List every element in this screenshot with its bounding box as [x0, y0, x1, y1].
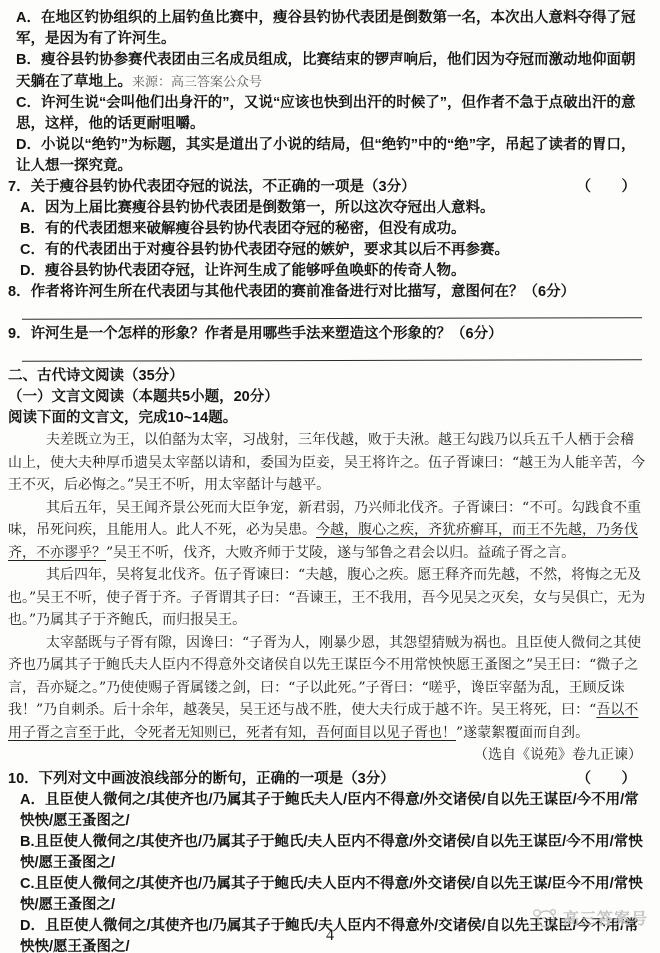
- exam-page: A．在地区钓协组织的上届钓鱼比赛中，瘦谷县钓协代表团是倒数第一名，本次出人意料夺…: [0, 0, 660, 953]
- option-label: C．: [16, 95, 41, 111]
- passage-paragraph-4: 太宰嚭既与子胥有隙，因谗曰：“子胥为人，刚暴少恩，其怨望猜贼为祸也。且臣使人微伺…: [8, 632, 646, 745]
- option-text: 小说以“绝钓”为标题，其实是道出了小说的结局，但“绝钓”中的“绝”字，吊起了读者…: [16, 137, 635, 174]
- option-text: 有的代表团出于对瘦谷县钓协代表团夺冠的嫉妒，要求其以后不再参赛。: [45, 242, 509, 258]
- option-row: A．在地区钓协组织的上届钓鱼比赛中，瘦谷县钓协代表团是倒数第一名，本次出人意料夺…: [16, 8, 646, 50]
- option-text: 瘦谷县钓协参赛代表团由三名成员组成，比赛结束的锣声响后，他们因为夺冠而激动地仰面…: [16, 52, 635, 90]
- option-row: B.且臣使人微伺之/其使齐也/乃属其子于鲍氏/夫人臣内不得意/外交诸侯/自以先王…: [20, 832, 646, 874]
- option-label: B.: [20, 834, 35, 850]
- option-text: 且臣使人微伺之/其使齐也/乃属其子于鲍氏夫人/臣内不得意/外交诸侯/自以先王谋臣…: [20, 792, 639, 829]
- question-9-stem: 9．许河生是一个怎样的形象？作者是用哪些手法来塑造这个形象的？（6分）: [8, 324, 646, 345]
- option-label: C.: [20, 876, 35, 892]
- option-row: D．瘦谷县钓协代表团夺冠，让许河生成了能够呼鱼唤虾的传奇人物。: [20, 261, 646, 282]
- question-7-options: A．因为上届比赛瘦谷县钓协代表团是倒数第一，所以这次夺冠出人意料。 B．有的代表…: [8, 198, 646, 282]
- option-label: A．: [16, 10, 41, 26]
- option-row: A．且臣使人微伺之/其使齐也/乃属其子于鲍氏夫人/臣内不得意/外交诸侯/自以先王…: [20, 790, 646, 832]
- option-text: 因为上届比赛瘦谷县钓协代表团是倒数第一，所以这次夺冠出人意料。: [45, 200, 495, 216]
- option-label: B．: [16, 52, 41, 68]
- question-7: （ ）7．关于瘦谷县钓协代表团夺冠的说法，不正确的一项是（3分） A．因为上届比…: [8, 177, 646, 282]
- answer-bracket: （ ）: [577, 177, 647, 198]
- option-row: D．小说以“绝钓”为标题，其实是道出了小说的结局，但“绝钓”中的“绝”字，吊起了…: [16, 135, 646, 177]
- passage-source: （选自《说苑》卷九正谏）: [8, 744, 646, 767]
- inline-watermark: 来源：高三答案公众号: [132, 74, 262, 89]
- option-row: A．因为上届比赛瘦谷县钓协代表团是倒数第一，所以这次夺冠出人意料。: [20, 198, 646, 219]
- passage-paragraph-2: 其后五年，吴王闻齐景公死而大臣争宠，新君弱，乃兴师北伐齐。子胥谏曰：“不可。勾践…: [8, 497, 646, 565]
- option-row: C．有的代表团出于对瘦谷县钓协代表团夺冠的嫉妒，要求其以后不再参赛。: [20, 240, 646, 261]
- passage-paragraph-3: 其后四年，吴将复北伐齐。伍子胥谏曰：“夫越，腹心之疾。愿王释齐而先越，不然，将悔…: [8, 564, 646, 632]
- section-heading: 二、古代诗文阅读（35分）: [8, 366, 646, 387]
- watermark-doodle-icon: [528, 907, 558, 929]
- answer-line: [22, 359, 642, 362]
- section-intro: 阅读下面的文言文，完成10~14题。: [8, 408, 646, 429]
- section-subheading: （一）文言文阅读（本题共5小题，20分）: [8, 387, 646, 408]
- option-label: D．: [16, 137, 41, 153]
- option-text: 瘦谷县钓协代表团夺冠，让许河生成了能够呼鱼唤虾的传奇人物。: [45, 263, 466, 279]
- question-10-stem: （ ）10．下列对文中画波浪线部分的断句，正确的一项是（3分）: [8, 769, 646, 790]
- option-text: 许河生说“会叫他们出身汗的”，又说“应该也快到出汗的时候了”，但作者不急于点破出…: [16, 95, 635, 132]
- option-label: B．: [20, 221, 45, 237]
- option-label: A．: [20, 200, 45, 216]
- passage-paragraph-1: 夫差既立为王，以伯嚭为太宰，习战射，三年伐越，败于夫湫。越王勾践乃以兵五千人栖于…: [8, 429, 646, 497]
- option-row: B．瘦谷县钓协参赛代表团由三名成员组成，比赛结束的锣声响后，他们因为夺冠而激动地…: [16, 50, 646, 93]
- passage-text: 太宰嚭既与子胥有隙，因谗曰：“子胥为人，刚暴少恩，其怨望猜贼为祸也。且臣使人微伺…: [8, 635, 641, 719]
- question-9: 9．许河生是一个怎样的形象？作者是用哪些手法来塑造这个形象的？（6分）: [8, 324, 646, 361]
- option-label: D．: [20, 263, 45, 279]
- corner-watermark: 高三答案号: [528, 906, 648, 929]
- section-2-header: 二、古代诗文阅读（35分） （一）文言文阅读（本题共5小题，20分） 阅读下面的…: [8, 366, 646, 429]
- option-label: C．: [20, 242, 45, 258]
- question-8-stem: 8．作者将许河生所在代表团与其他代表团的赛前准备进行对比描写，意图何在？（6分）: [8, 282, 646, 303]
- passage-text: ”遂蒙絮覆面而自刭。: [456, 725, 589, 741]
- classical-passage: 夫差既立为王，以伯嚭为太宰，习战射，三年伐越，败于夫湫。越王勾践乃以兵五千人栖于…: [8, 429, 646, 767]
- watermark-text: 高三答案号: [563, 906, 648, 929]
- option-text: 且臣使人微伺之/其使齐也/乃属其子于鲍氏/夫人臣内不得意/外交诸侯/自以先王谋臣…: [20, 834, 643, 871]
- answer-bracket: （ ）: [577, 769, 647, 790]
- answer-line: [22, 317, 642, 320]
- question-8: 8．作者将许河生所在代表团与其他代表团的赛前准备进行对比描写，意图何在？（6分）: [8, 282, 646, 319]
- passage-text: ”吴王不听，伐齐，大败齐师于艾陵，遂与邹鲁之君会以归。益疏子胥之言。: [106, 545, 575, 561]
- page-number: 4: [0, 927, 660, 945]
- question-7-stem: （ ）7．关于瘦谷县钓协代表团夺冠的说法，不正确的一项是（3分）: [8, 177, 646, 198]
- option-row: C．许河生说“会叫他们出身汗的”，又说“应该也快到出汗的时候了”，但作者不急于点…: [16, 93, 646, 135]
- option-text: 在地区钓协组织的上届钓鱼比赛中，瘦谷县钓协代表团是倒数第一名，本次出人意料夺得了…: [16, 10, 635, 47]
- option-label: A．: [20, 792, 45, 808]
- top-options-block: A．在地区钓协组织的上届钓鱼比赛中，瘦谷县钓协代表团是倒数第一名，本次出人意料夺…: [8, 8, 646, 177]
- option-text: 有的代表团想来破解瘦谷县钓协代表团夺冠的秘密，但没有成功。: [45, 221, 466, 237]
- option-row: B．有的代表团想来破解瘦谷县钓协代表团夺冠的秘密，但没有成功。: [20, 219, 646, 240]
